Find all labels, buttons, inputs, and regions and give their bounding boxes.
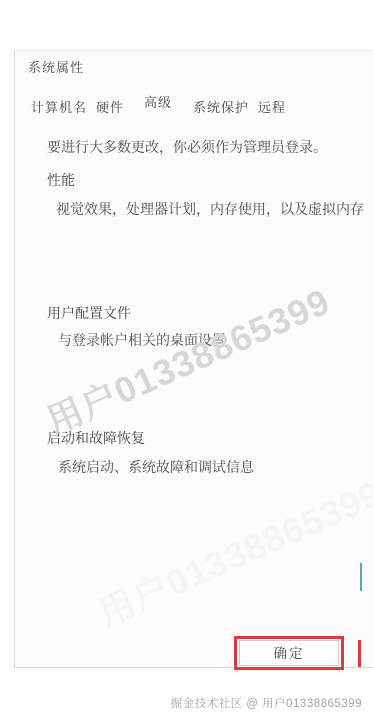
system-properties-dialog: 系统属性 计算机名 硬件 高级 系统保护 远程 要进行大多数更改，你必须作为管理… (14, 50, 373, 668)
section-heading-user-profiles: 用户配置文件 (47, 303, 131, 323)
admin-login-notice: 要进行大多数更改，你必须作为管理员登录。 (47, 137, 327, 157)
dialog-title: 系统属性 (28, 57, 84, 76)
tab-system-protection[interactable]: 系统保护 (193, 97, 249, 116)
credit-caption: 掘金技术社区 @ 用户01338865399 (171, 695, 362, 711)
section-heading-performance: 性能 (47, 170, 75, 190)
section-desc-performance: 视觉效果，处理器计划，内存使用，以及虚拟内存 (56, 199, 364, 219)
tab-advanced[interactable]: 高级 (144, 92, 172, 111)
section-desc-user-profiles: 与登录帐户相关的桌面设置 (58, 330, 226, 350)
tab-computer-name[interactable]: 计算机名 (31, 97, 87, 116)
tab-hardware[interactable]: 硬件 (96, 97, 124, 116)
section-heading-startup-recovery: 启动和故障恢复 (47, 428, 145, 448)
teal-line-artifact (360, 563, 362, 591)
tab-remote[interactable]: 远程 (258, 97, 286, 116)
highlight-box-partial-edge (358, 640, 361, 667)
section-desc-startup-recovery: 系统启动、系统故障和调试信息 (58, 457, 254, 477)
screenshot-page: 系统属性 计算机名 硬件 高级 系统保护 远程 要进行大多数更改，你必须作为管理… (0, 0, 373, 724)
ok-button[interactable]: 确定 (239, 640, 339, 666)
